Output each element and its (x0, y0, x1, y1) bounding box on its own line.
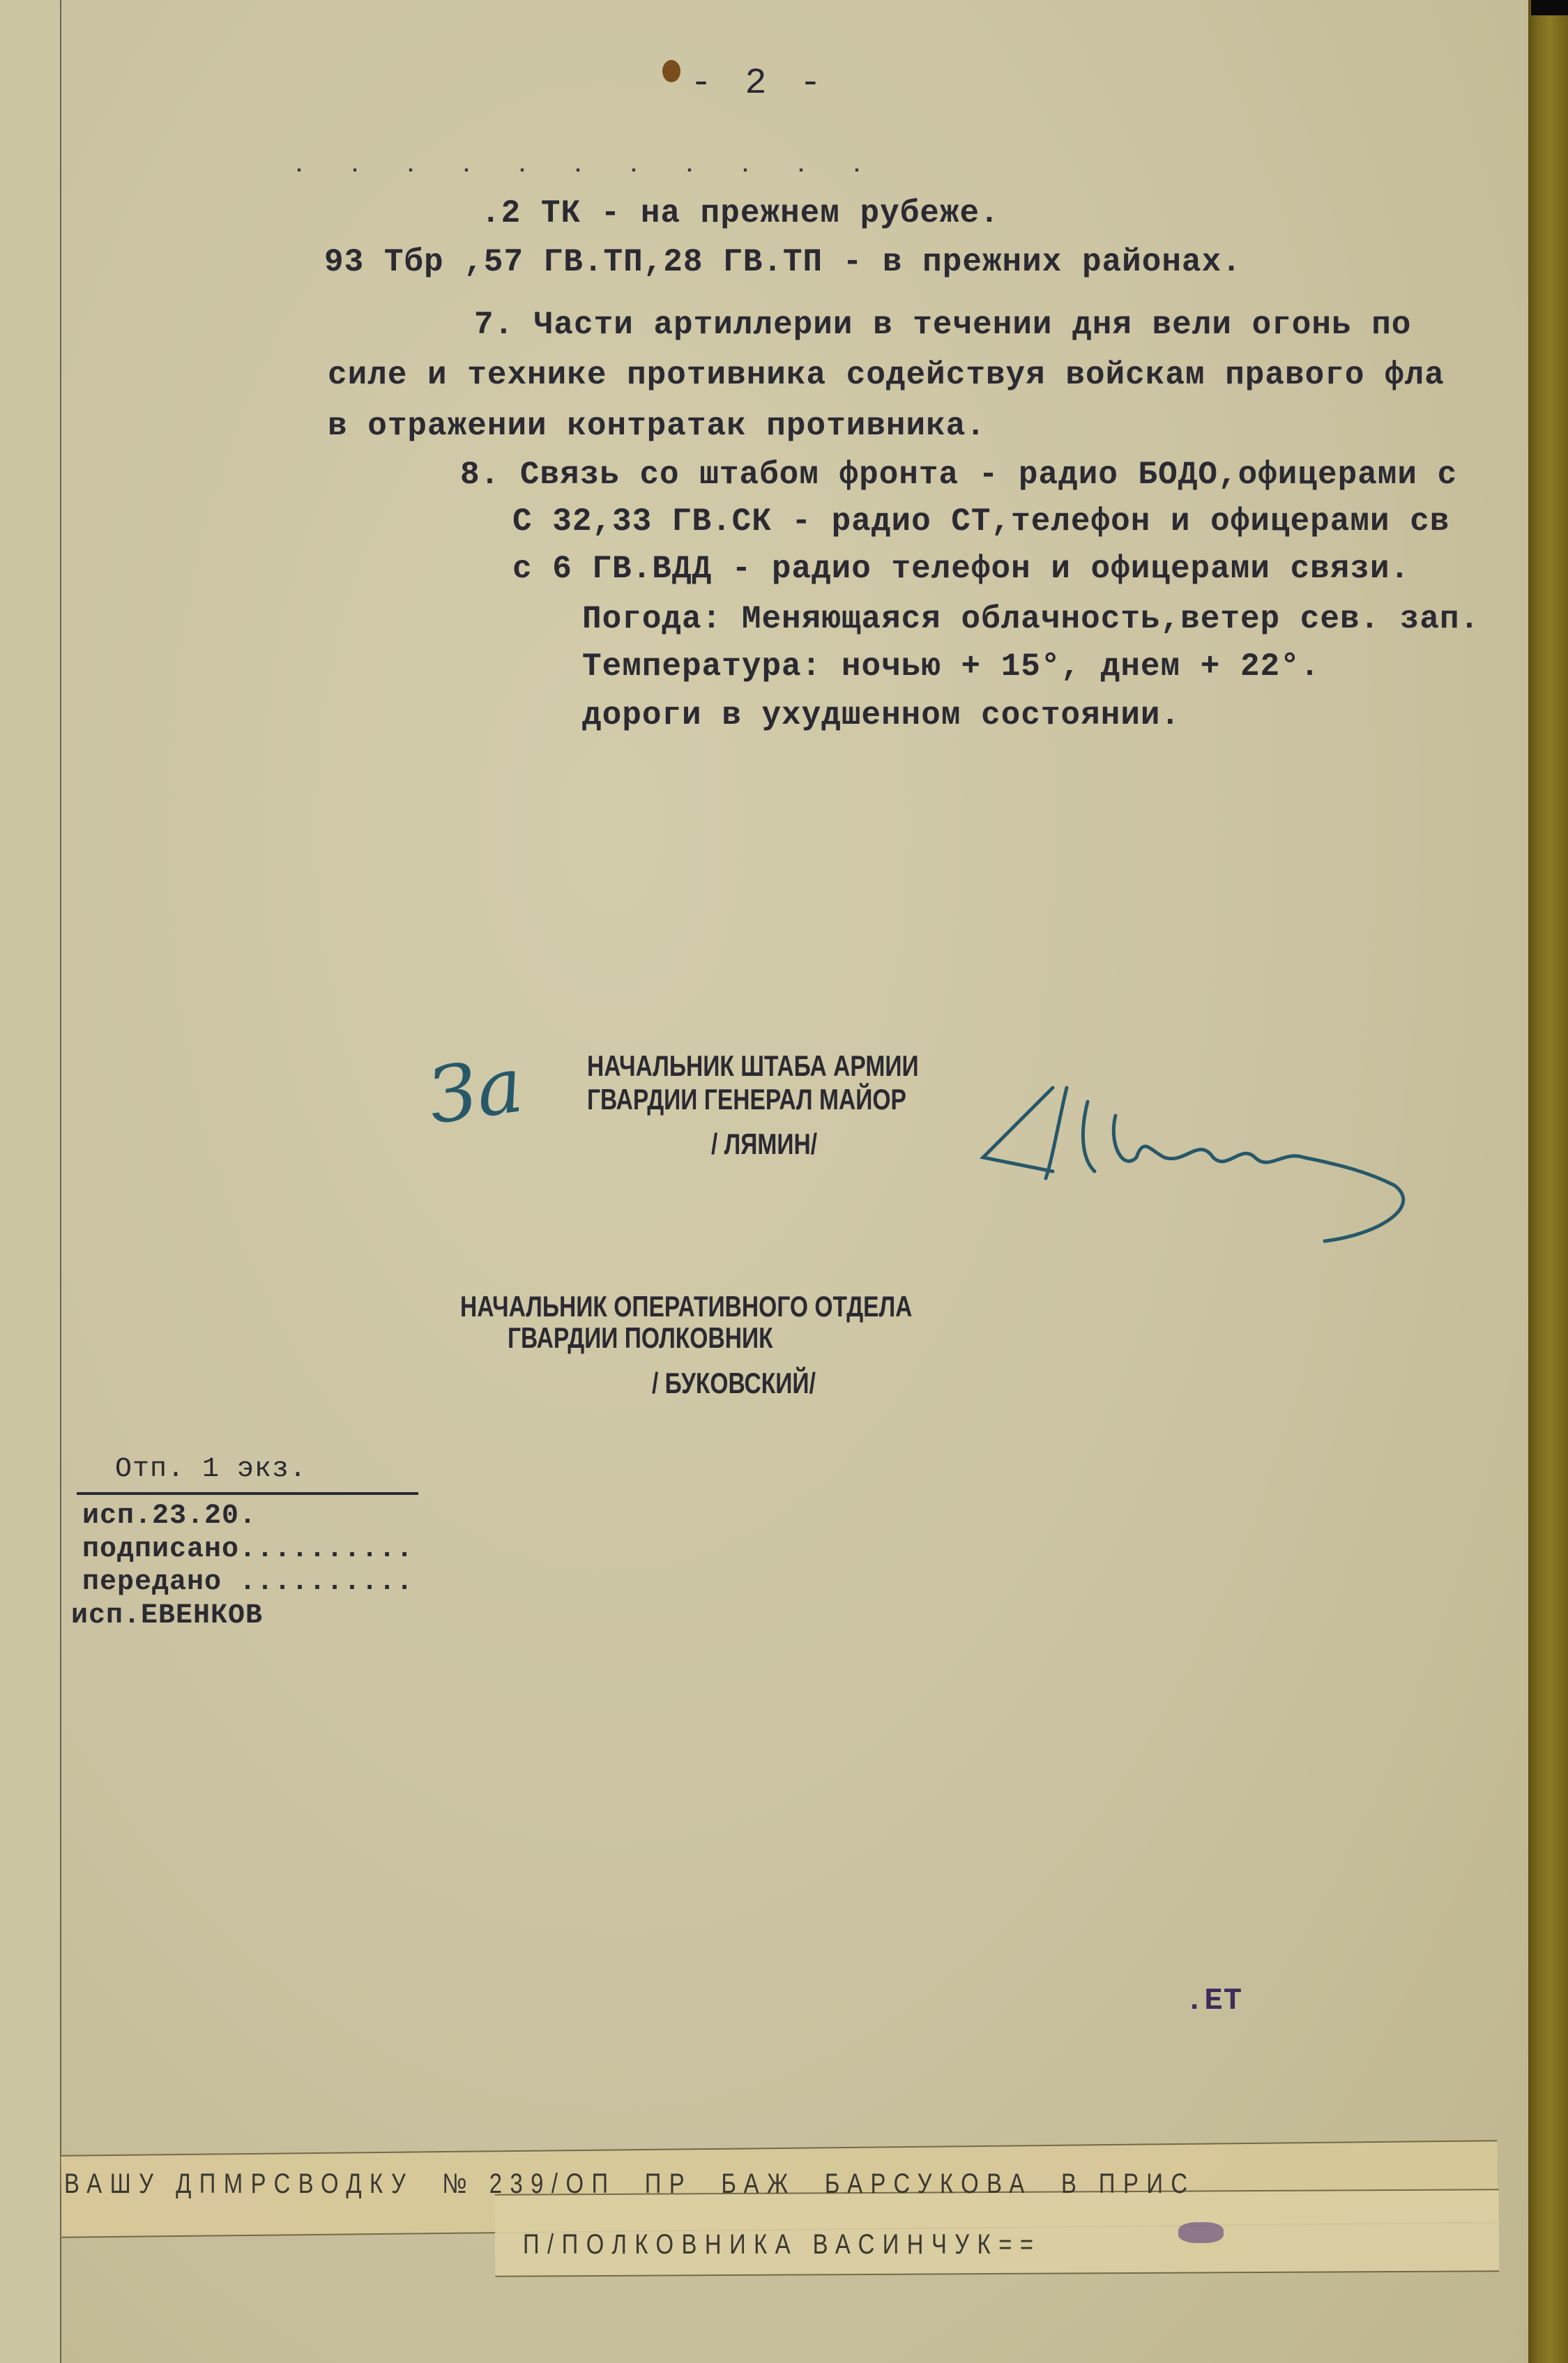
body-line: .2 ТК - на прежнем рубеже. (481, 195, 1000, 231)
dotted-separator: . . . . . . . . . . . (293, 155, 878, 178)
signed-note: подписано.......... (82, 1534, 413, 1565)
binding-shadow (1531, 0, 1568, 15)
copies-note: Отп. 1 экз. (115, 1454, 307, 1485)
handwritten-signature-icon (976, 1074, 1436, 1269)
operations-chief-name: / БУКОВСКИЙ/ (652, 1367, 816, 1400)
binding-edge (1528, 0, 1568, 2363)
body-line: 93 Тбр ,57 ГВ.ТП,28 ГВ.ТП - в прежних ра… (324, 244, 1242, 280)
handwritten-za: За (423, 1040, 528, 1141)
body-line: в отражении контратак противника. (328, 408, 986, 444)
operations-chief-title-1: НАЧАЛЬНИК ОПЕРАТИВНОГО ОТДЕЛА (460, 1290, 912, 1323)
page-number: - 2 - (690, 63, 827, 104)
rivet-hole-icon (662, 60, 680, 82)
chief-of-staff-name: / ЛЯМИН/ (711, 1127, 817, 1161)
executed-note: исп.23.20. (82, 1500, 257, 1532)
transmitted-note: передано .......... (82, 1567, 413, 1598)
roads-line: дороги в ухудшенном состоянии. (582, 697, 1180, 734)
telegram-line-2: П/ПОЛКОВНИКА ВАСИНЧУК== (523, 2229, 1041, 2261)
telegram-line-1: ВАШУ ДПМРСВОДКУ № 239/ОП ПР БАЖ БАРСУКОВ… (64, 2168, 1196, 2200)
body-line: силе и технике противника содействуя вой… (328, 357, 1445, 393)
temperature-line: Температура: ночью + 15°, днем + 22°. (582, 648, 1320, 685)
body-line: с 6 ГВ.ВДД - радио телефон и офицерами с… (512, 551, 1410, 587)
underline-divider (77, 1492, 418, 1495)
ink-stamp-blot-icon (1178, 2222, 1224, 2243)
weather-line: Погода: Меняющаяся облачность,ветер сев.… (582, 601, 1479, 637)
chief-of-staff-title-2: ГВАРДИИ ГЕНЕРАЛ МАЙОР (587, 1083, 906, 1116)
body-line: 8. Связь со штабом фронта - радио БОДО,о… (460, 457, 1457, 493)
chief-of-staff-title-1: НАЧАЛЬНИК ШТАБА АРМИИ (587, 1049, 919, 1083)
executor-note: исп.ЕВЕНКОВ (71, 1600, 263, 1632)
body-line: С 32,33 ГВ.СК - радио СТ,телефон и офице… (512, 503, 1449, 540)
stamp-mark: .ЕТ (1185, 1984, 1242, 2019)
body-line: 7. Части артиллерии в течении дня вели о… (474, 307, 1411, 343)
operations-chief-title-2: ГВАРДИИ ПОЛКОВНИК (508, 1321, 773, 1355)
left-margin-strip (0, 0, 61, 2363)
